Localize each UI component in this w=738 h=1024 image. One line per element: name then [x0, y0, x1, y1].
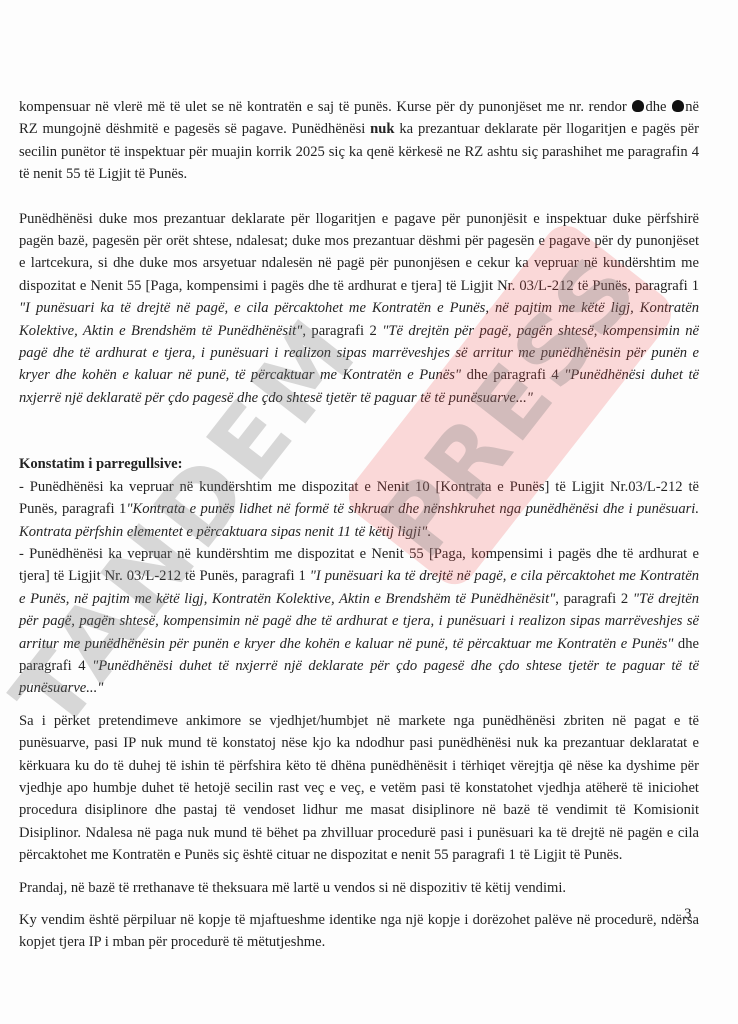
paragraph-conclusion: Prandaj, në bazë të rrethanave të theksu…: [19, 877, 699, 899]
paragraph-wages-evidence: kompensuar në vlerë më të ulet se në kon…: [19, 96, 699, 186]
text-span: .: [427, 524, 431, 540]
law-quote: "Punëdhënësi duhet të nxjerrë një deklar…: [19, 658, 699, 696]
text-span: Punëdhënësi duke mos prezantuar deklarat…: [19, 211, 699, 294]
page-number: 3: [684, 906, 692, 923]
paragraph-theft-claims: Sa i përket pretendimeve ankimore se vje…: [19, 710, 699, 867]
text-span: , paragrafi 2: [302, 323, 382, 339]
text-span: kompensuar në vlerë më të ulet se në kon…: [19, 99, 631, 115]
section-heading: Konstatim i parregullsive:: [19, 453, 699, 475]
finding-item-1: - Punëdhënësi ka vepruar në kundërshtim …: [19, 476, 699, 543]
paragraph-employer-violation: Punëdhënësi duke mos prezantuar deklarat…: [19, 208, 699, 410]
text-span: dhe paragrafi 4: [461, 367, 564, 383]
document-page: kompensuar në vlerë më të ulet se në kon…: [0, 0, 738, 1024]
bold-text: nuk: [370, 121, 394, 137]
text-span: , paragrafi 2: [555, 591, 633, 607]
document-body: kompensuar në vlerë më të ulet se në kon…: [19, 96, 699, 954]
finding-item-2: - Punëdhënësi ka vepruar në kundërshtim …: [19, 543, 699, 700]
text-span: dhe: [645, 99, 666, 115]
redaction-mark: [672, 100, 684, 112]
paragraph-copies: Ky vendim është përpiluar në kopje të mj…: [19, 909, 699, 954]
redaction-mark: [632, 100, 644, 112]
